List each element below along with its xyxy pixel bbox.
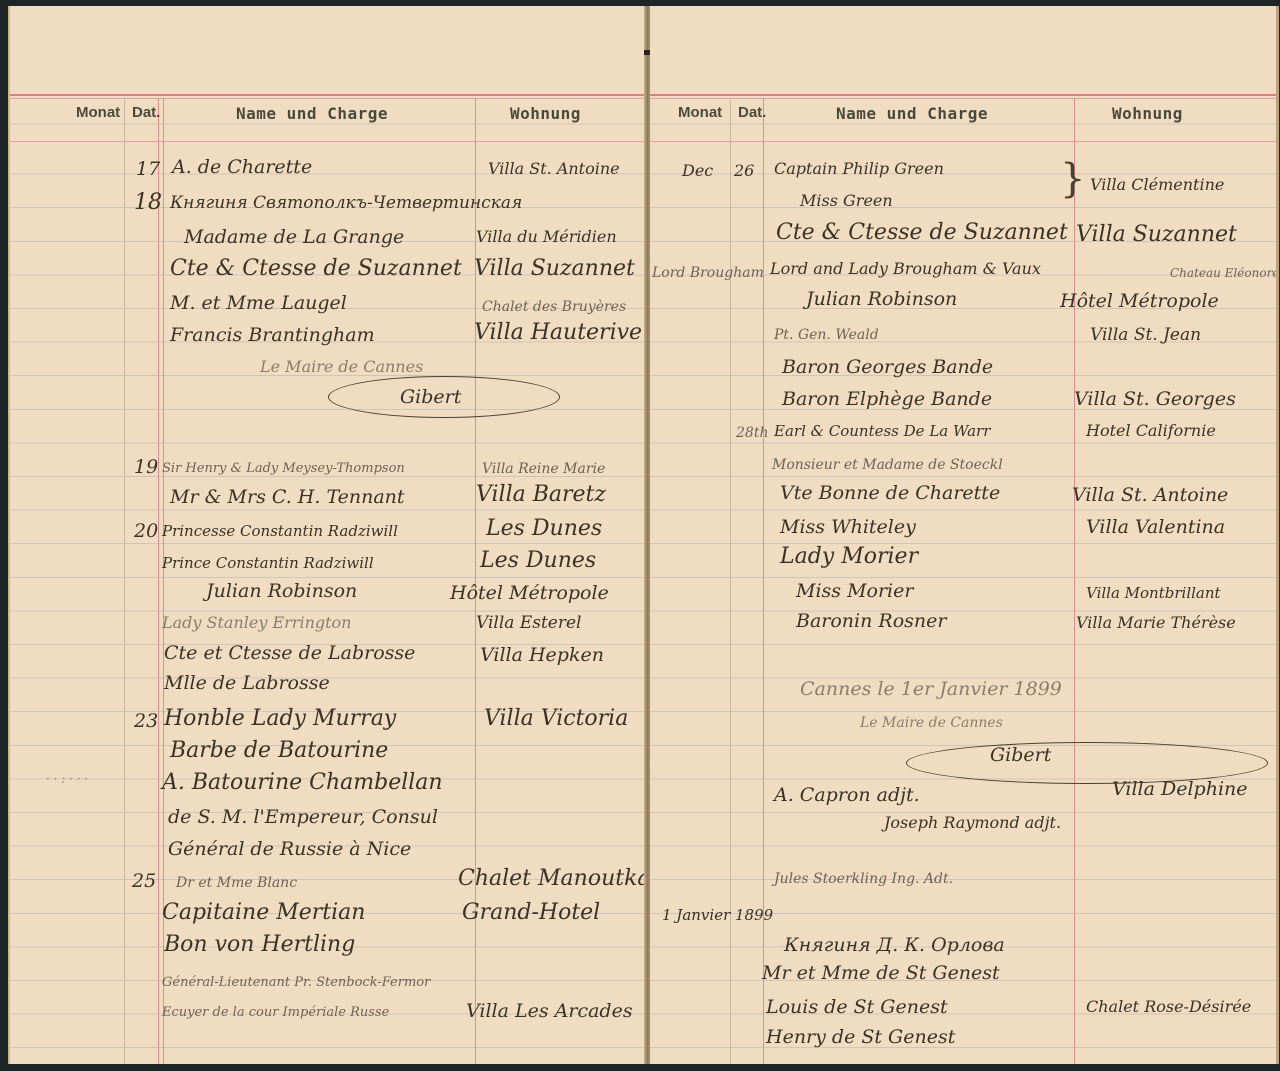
header-monat: Monat bbox=[76, 104, 120, 121]
entry-name: Henry de St Genest bbox=[766, 1026, 955, 1048]
entry-residence: Villa Valentina bbox=[1086, 516, 1225, 538]
mayor-title: Le Maire de Cannes bbox=[260, 356, 423, 378]
header-dat: Dat. bbox=[132, 104, 160, 121]
entry-month: 1 Janvier 1899 bbox=[662, 904, 773, 926]
entry-residence: Villa Hauterive bbox=[474, 322, 642, 344]
brace-grouping: } bbox=[1060, 156, 1085, 202]
entry-name: Louis de St Genest bbox=[766, 996, 948, 1018]
entry-residence: Villa Montbrillant bbox=[1086, 582, 1221, 604]
entry-name: Княгиня Святополкъ-Четвертинская bbox=[170, 192, 522, 214]
entry-name: Baron Elphège Bande bbox=[782, 388, 992, 410]
header-bottom-rule bbox=[650, 141, 1276, 142]
entry-name: Lord and Lady Brougham & Vaux bbox=[770, 258, 1041, 280]
entry-date: 28th bbox=[736, 422, 768, 444]
entry-name: Bon von Hertling bbox=[164, 934, 355, 956]
entry-name: de S. M. l'Empereur, Consul bbox=[168, 806, 438, 828]
entry-date: 25 bbox=[132, 870, 156, 892]
entry-name: Baronin Rosner bbox=[796, 610, 946, 632]
entry-name: Pt. Gen. Weald bbox=[774, 324, 879, 346]
header-name-und-charge: Name und Charge bbox=[836, 104, 988, 123]
entry-name: Ecuyer de la cour Impériale Russe bbox=[162, 1002, 389, 1024]
entry-residence: Villa du Méridien bbox=[476, 226, 617, 248]
entry-name: Lady Morier bbox=[780, 546, 918, 568]
header-wohnung: Wohnung bbox=[510, 104, 581, 123]
entry-name: Baron Georges Bande bbox=[782, 356, 993, 378]
header-top-rule-thin bbox=[10, 98, 650, 99]
entry-residence: Chateau Eléonore bbox=[1170, 262, 1279, 284]
entry-residence: Villa St. Antoine bbox=[1072, 484, 1228, 506]
entry-residence: Hotel Californie bbox=[1086, 420, 1216, 442]
entry-name: Sir Henry & Lady Meysey-Thompson bbox=[162, 458, 405, 480]
entry-residence: Les Dunes bbox=[480, 550, 596, 572]
header-top-rule bbox=[10, 94, 650, 96]
entry-residence: Les Dunes bbox=[486, 518, 602, 540]
entry-residence: Chalet des Bruyères bbox=[482, 296, 626, 318]
column-divider-name bbox=[1074, 98, 1075, 1064]
entry-residence: Villa Les Arcades bbox=[466, 1000, 633, 1022]
entry-name: Miss Whiteley bbox=[780, 516, 916, 538]
mayor-signature: Gibert bbox=[990, 744, 1051, 766]
header-top-rule-thin bbox=[650, 98, 1276, 99]
entry-name: Barbe de Batourine bbox=[170, 740, 388, 762]
entry-residence: Villa Esterel bbox=[476, 612, 581, 634]
entry-date: 26 bbox=[734, 160, 754, 182]
header-dat: Dat. bbox=[738, 104, 766, 121]
entry-name: Capitaine Mertian bbox=[162, 902, 365, 924]
entry-residence: Villa Reine Marie bbox=[482, 458, 605, 480]
entry-residence: Villa Marie Thérèse bbox=[1076, 612, 1236, 634]
entry-date: 17 bbox=[136, 158, 160, 180]
top-margin bbox=[10, 6, 650, 94]
entry-name: Mr & Mrs C. H. Tennant bbox=[170, 486, 405, 508]
top-margin bbox=[650, 6, 1276, 94]
entry-name: Julian Robinson bbox=[206, 580, 357, 602]
entry-name: Francis Brantingham bbox=[170, 324, 375, 346]
entry-name: Miss Morier bbox=[796, 580, 913, 602]
entry-name: Cte & Ctesse de Suzannet bbox=[776, 222, 1068, 244]
entry-name: Miss Green bbox=[800, 190, 893, 212]
open-ledger-book: Monat Dat. Name und Charge Wohnung 17 A.… bbox=[8, 6, 1276, 1064]
entry-date: 19 bbox=[134, 456, 158, 478]
header-bottom-rule bbox=[10, 141, 650, 142]
entry-residence: Villa St. Antoine bbox=[488, 158, 620, 180]
entry-residence: Hôtel Métropole bbox=[450, 582, 609, 604]
entry-name: Général de Russie à Nice bbox=[168, 838, 411, 860]
entry-name: Cte & Ctesse de Suzannet bbox=[170, 258, 462, 280]
entry-month: Dec bbox=[682, 160, 713, 182]
left-page: Monat Dat. Name und Charge Wohnung 17 A.… bbox=[8, 6, 650, 1064]
header-name-und-charge: Name und Charge bbox=[236, 104, 388, 123]
entry-name: Cte et Ctesse de Labrosse bbox=[164, 642, 415, 664]
entry-date: 20 bbox=[134, 520, 158, 542]
entry-residence: Villa Victoria bbox=[484, 708, 628, 730]
header-top-rule bbox=[650, 94, 1276, 96]
entry-residence: Villa Suzannet bbox=[1076, 224, 1237, 246]
entry-residence: Villa Clémentine bbox=[1090, 174, 1224, 196]
entry-residence: Villa St. Georges bbox=[1074, 388, 1236, 410]
entry-name: Général-Lieutenant Pr. Stenbock-Fermor bbox=[162, 972, 430, 994]
entry-name: Honble Lady Murray bbox=[164, 708, 396, 730]
entry-residence: Grand-Hotel bbox=[462, 902, 600, 924]
column-divider-monat bbox=[124, 98, 125, 1064]
entry-name: Julian Robinson bbox=[806, 288, 957, 310]
entry-name: Captain Philip Green bbox=[774, 158, 944, 180]
entry-residence: Villa Suzannet bbox=[474, 258, 635, 280]
header-monat: Monat bbox=[678, 104, 722, 121]
entry-name: Княгиня Д. К. Орлова bbox=[784, 934, 1005, 956]
entry-name: Prince Constantin Radziwill bbox=[162, 552, 374, 574]
entry-name: Mlle de Labrosse bbox=[164, 672, 330, 694]
closing-place-date: Cannes le 1er Janvier 1899 bbox=[800, 678, 1062, 700]
margin-dots: · · : · · · bbox=[46, 768, 88, 790]
entry-date: 18 bbox=[134, 192, 162, 214]
entry-residence: Villa St. Jean bbox=[1090, 324, 1201, 346]
entry-name: A. de Charette bbox=[172, 156, 312, 178]
margin-note: Lord Brougham bbox=[652, 262, 764, 284]
entry-name: Mr et Mme de St Genest bbox=[762, 962, 1000, 984]
entry-residence: Hôtel Métropole bbox=[1060, 290, 1219, 312]
entry-name: M. et Mme Laugel bbox=[170, 292, 347, 314]
entry-name: Princesse Constantin Radziwill bbox=[162, 520, 398, 542]
entry-name: Dr et Mme Blanc bbox=[176, 872, 297, 894]
mayor-signature: Gibert bbox=[400, 386, 461, 408]
header-wohnung: Wohnung bbox=[1112, 104, 1183, 123]
entry-residence: Chalet Rose-Désirée bbox=[1086, 996, 1251, 1018]
entry-name: Madame de La Grange bbox=[184, 226, 404, 248]
entry-residence: Villa Baretz bbox=[476, 484, 606, 506]
entry-name: Vte Bonne de Charette bbox=[780, 482, 1000, 504]
entry-name: A. Capron adjt. bbox=[774, 784, 920, 806]
entry-name: A. Batourine Chambellan bbox=[162, 772, 443, 794]
entry-name: Earl & Countess De La Warr bbox=[774, 420, 990, 442]
entry-residence: Villa Delphine bbox=[1112, 778, 1248, 800]
entry-date: 23 bbox=[134, 710, 158, 732]
entry-name: Joseph Raymond adjt. bbox=[884, 812, 1061, 834]
right-page: Monat Dat. Name und Charge Wohnung Dec 2… bbox=[650, 6, 1279, 1064]
entry-name: Lady Stanley Errington bbox=[162, 612, 351, 634]
entry-name: Monsieur et Madame de Stoeckl bbox=[772, 454, 1003, 476]
entry-residence: Villa Hepken bbox=[480, 644, 604, 666]
mayor-title: Le Maire de Cannes bbox=[860, 712, 1003, 734]
entry-residence: Chalet Manoutka bbox=[458, 868, 650, 890]
entry-name: Jules Stoerkling Ing. Adt. bbox=[774, 868, 953, 890]
